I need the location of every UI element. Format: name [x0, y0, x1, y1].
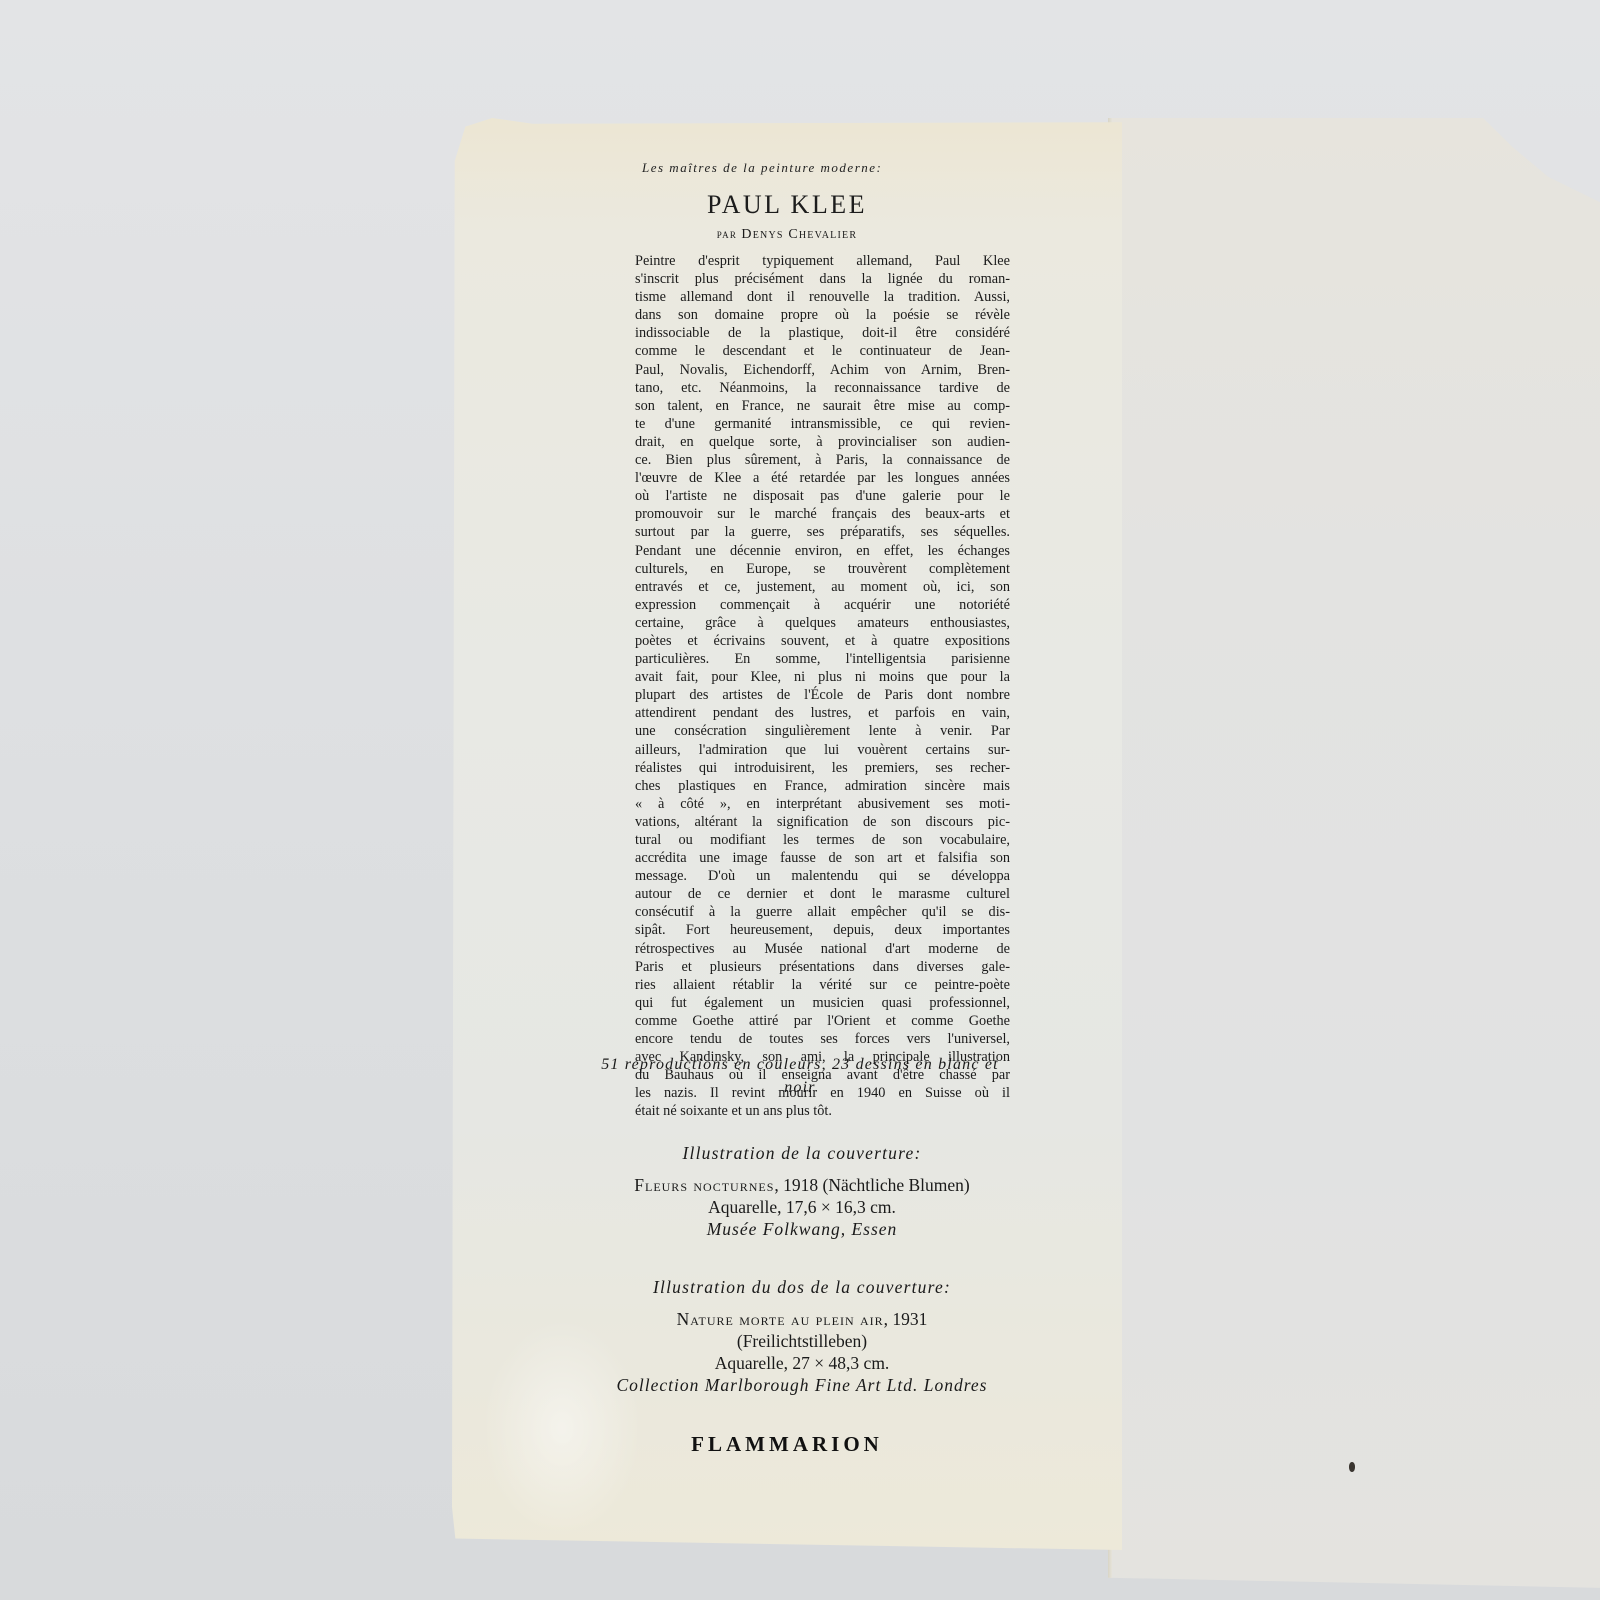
front-cover-work-details: , 1918 (Nächtliche Blumen) — [774, 1175, 969, 1195]
reproductions-note: 51 reproductions en couleurs, 23 dessins… — [590, 1053, 1010, 1099]
front-cover-caption: Illustration de la couverture: Fleurs no… — [562, 1142, 1042, 1240]
blurb-line: indissociable de la plastique, doit-il ê… — [635, 324, 1010, 342]
blurb-line: ches plastiques en France, admiration si… — [635, 777, 1010, 795]
blurb-line: s'inscrit plus précisément dans la ligné… — [635, 270, 1010, 288]
back-cover-work-title: Nature morte au plein air — [677, 1309, 884, 1329]
blurb-line: culturels, en Europe, se trouvèrent comp… — [635, 560, 1010, 578]
blurb-line: plupart des artistes de l'École de Paris… — [635, 686, 1010, 704]
front-cover-work: Fleurs nocturnes, 1918 (Nächtliche Blume… — [562, 1174, 1042, 1196]
dust-jacket-flap: Les maîtres de la peinture moderne: PAUL… — [452, 118, 1122, 1550]
blurb-line: où l'artiste ne disposait pas d'une gale… — [635, 487, 1010, 505]
front-cover-work-title: Fleurs nocturnes — [634, 1175, 774, 1195]
front-cover-collection: Musée Folkwang, Essen — [562, 1218, 1042, 1240]
blurb-line: Paul, Novalis, Eichendorff, Achim von Ar… — [635, 361, 1010, 379]
blurb-line: entravés et ce, justement, au moment où,… — [635, 578, 1010, 596]
blurb-line: Peintre d'esprit typiquement allemand, P… — [635, 252, 1010, 270]
back-cover-work: Nature morte au plein air, 1931 — [562, 1308, 1042, 1330]
blurb-line: drait, en quelque sorte, à provincialise… — [635, 433, 1010, 451]
back-cover-original-title: (Freilichtstilleben) — [562, 1330, 1042, 1352]
back-cover-work-details: , 1931 — [884, 1309, 928, 1329]
blurb-line: message. D'où un malentendu qui se dével… — [635, 867, 1010, 885]
blurb-line: dans son domaine propre où la poésie se … — [635, 306, 1010, 324]
blurb-line: Paris et plusieurs présentations dans di… — [635, 958, 1010, 976]
blurb-line: son talent, en France, ne saurait être m… — [635, 397, 1010, 415]
blurb-line: expression commençait à acquérir une not… — [635, 596, 1010, 614]
blurb-line: réalistes qui introduisirent, les premie… — [635, 759, 1010, 777]
blurb-line: Pendant une décennie environ, en effet, … — [635, 542, 1010, 560]
blurb-line: surtout par la guerre, ses préparatifs, … — [635, 523, 1010, 541]
blurb-line: qui fut également un musicien quasi prof… — [635, 994, 1010, 1012]
blurb-line: était né soixante et un ans plus tôt. — [635, 1102, 1010, 1120]
front-cover-medium: Aquarelle, 17,6 × 16,3 cm. — [562, 1196, 1042, 1218]
series-title: Les maîtres de la peinture moderne: — [642, 160, 882, 176]
back-cover-collection: Collection Marlborough Fine Art Ltd. Lon… — [562, 1374, 1042, 1396]
author-name: Denys Chevalier — [741, 227, 857, 242]
paper-speck — [1349, 1462, 1355, 1472]
publisher-name: FLAMMARION — [452, 1432, 1122, 1457]
blurb-line: autour de ce dernier et dont le marasme … — [635, 885, 1010, 903]
blurb-line: tisme allemand dont il renouvelle la tra… — [635, 288, 1010, 306]
blurb-text: Peintre d'esprit typiquement allemand, P… — [635, 252, 1010, 1121]
blurb-line: comme Goethe attiré par l'Orient et comm… — [635, 1012, 1010, 1030]
back-cover-caption: Illustration du dos de la couverture: Na… — [562, 1276, 1042, 1396]
author-prefix: par — [717, 227, 737, 241]
blurb-line: te d'une germanité intransmissible, ce q… — [635, 415, 1010, 433]
blurb-line: poètes et écrivains souvent, et à quatre… — [635, 632, 1010, 650]
blurb-line: sipât. Fort heureusement, depuis, deux i… — [635, 921, 1010, 939]
blurb-line: certaine, grâce à quelques amateurs enth… — [635, 614, 1010, 632]
blurb-line: avait fait, pour Klee, ni plus ni moins … — [635, 668, 1010, 686]
blurb-line: rétrospectives au Musée national d'art m… — [635, 940, 1010, 958]
back-cover-medium: Aquarelle, 27 × 48,3 cm. — [562, 1352, 1042, 1374]
blurb-line: tano, etc. Néanmoins, la reconnaissance … — [635, 379, 1010, 397]
blurb-line: une consécration singulièrement lente à … — [635, 722, 1010, 740]
blurb-line: ce. Bien plus sûrement, à Paris, la conn… — [635, 451, 1010, 469]
blurb-line: consécutif à la guerre allait empêcher q… — [635, 903, 1010, 921]
blurb-line: particulières. En somme, l'intelligentsi… — [635, 650, 1010, 668]
front-cover-heading: Illustration de la couverture: — [562, 1142, 1042, 1164]
dust-jacket-inner-panel — [1108, 118, 1600, 1588]
blurb-line: attendirent pendant des lustres, et parf… — [635, 704, 1010, 722]
blurb-line: vations, altérant la signification de so… — [635, 813, 1010, 831]
blurb-line: ries allaient rétablir la vérité sur ce … — [635, 976, 1010, 994]
blurb-line: « à côté », en interprétant abusivement … — [635, 795, 1010, 813]
blurb-line: accrédita une image fausse de son art et… — [635, 849, 1010, 867]
blurb-line: l'œuvre de Klee a été retardée par les l… — [635, 469, 1010, 487]
book-title: PAUL KLEE — [452, 190, 1122, 220]
blurb-line: encore tendu de toutes ses forces vers l… — [635, 1030, 1010, 1048]
back-cover-heading: Illustration du dos de la couverture: — [562, 1276, 1042, 1298]
blurb-line: promouvoir sur le marché français des be… — [635, 505, 1010, 523]
author-line: par Denys Chevalier — [452, 227, 1122, 243]
blurb-line: ailleurs, l'admiration que lui vouèrent … — [635, 741, 1010, 759]
blurb-line: comme le descendant et le continuateur d… — [635, 342, 1010, 360]
blurb-line: tural ou modifiant les termes de son voc… — [635, 831, 1010, 849]
